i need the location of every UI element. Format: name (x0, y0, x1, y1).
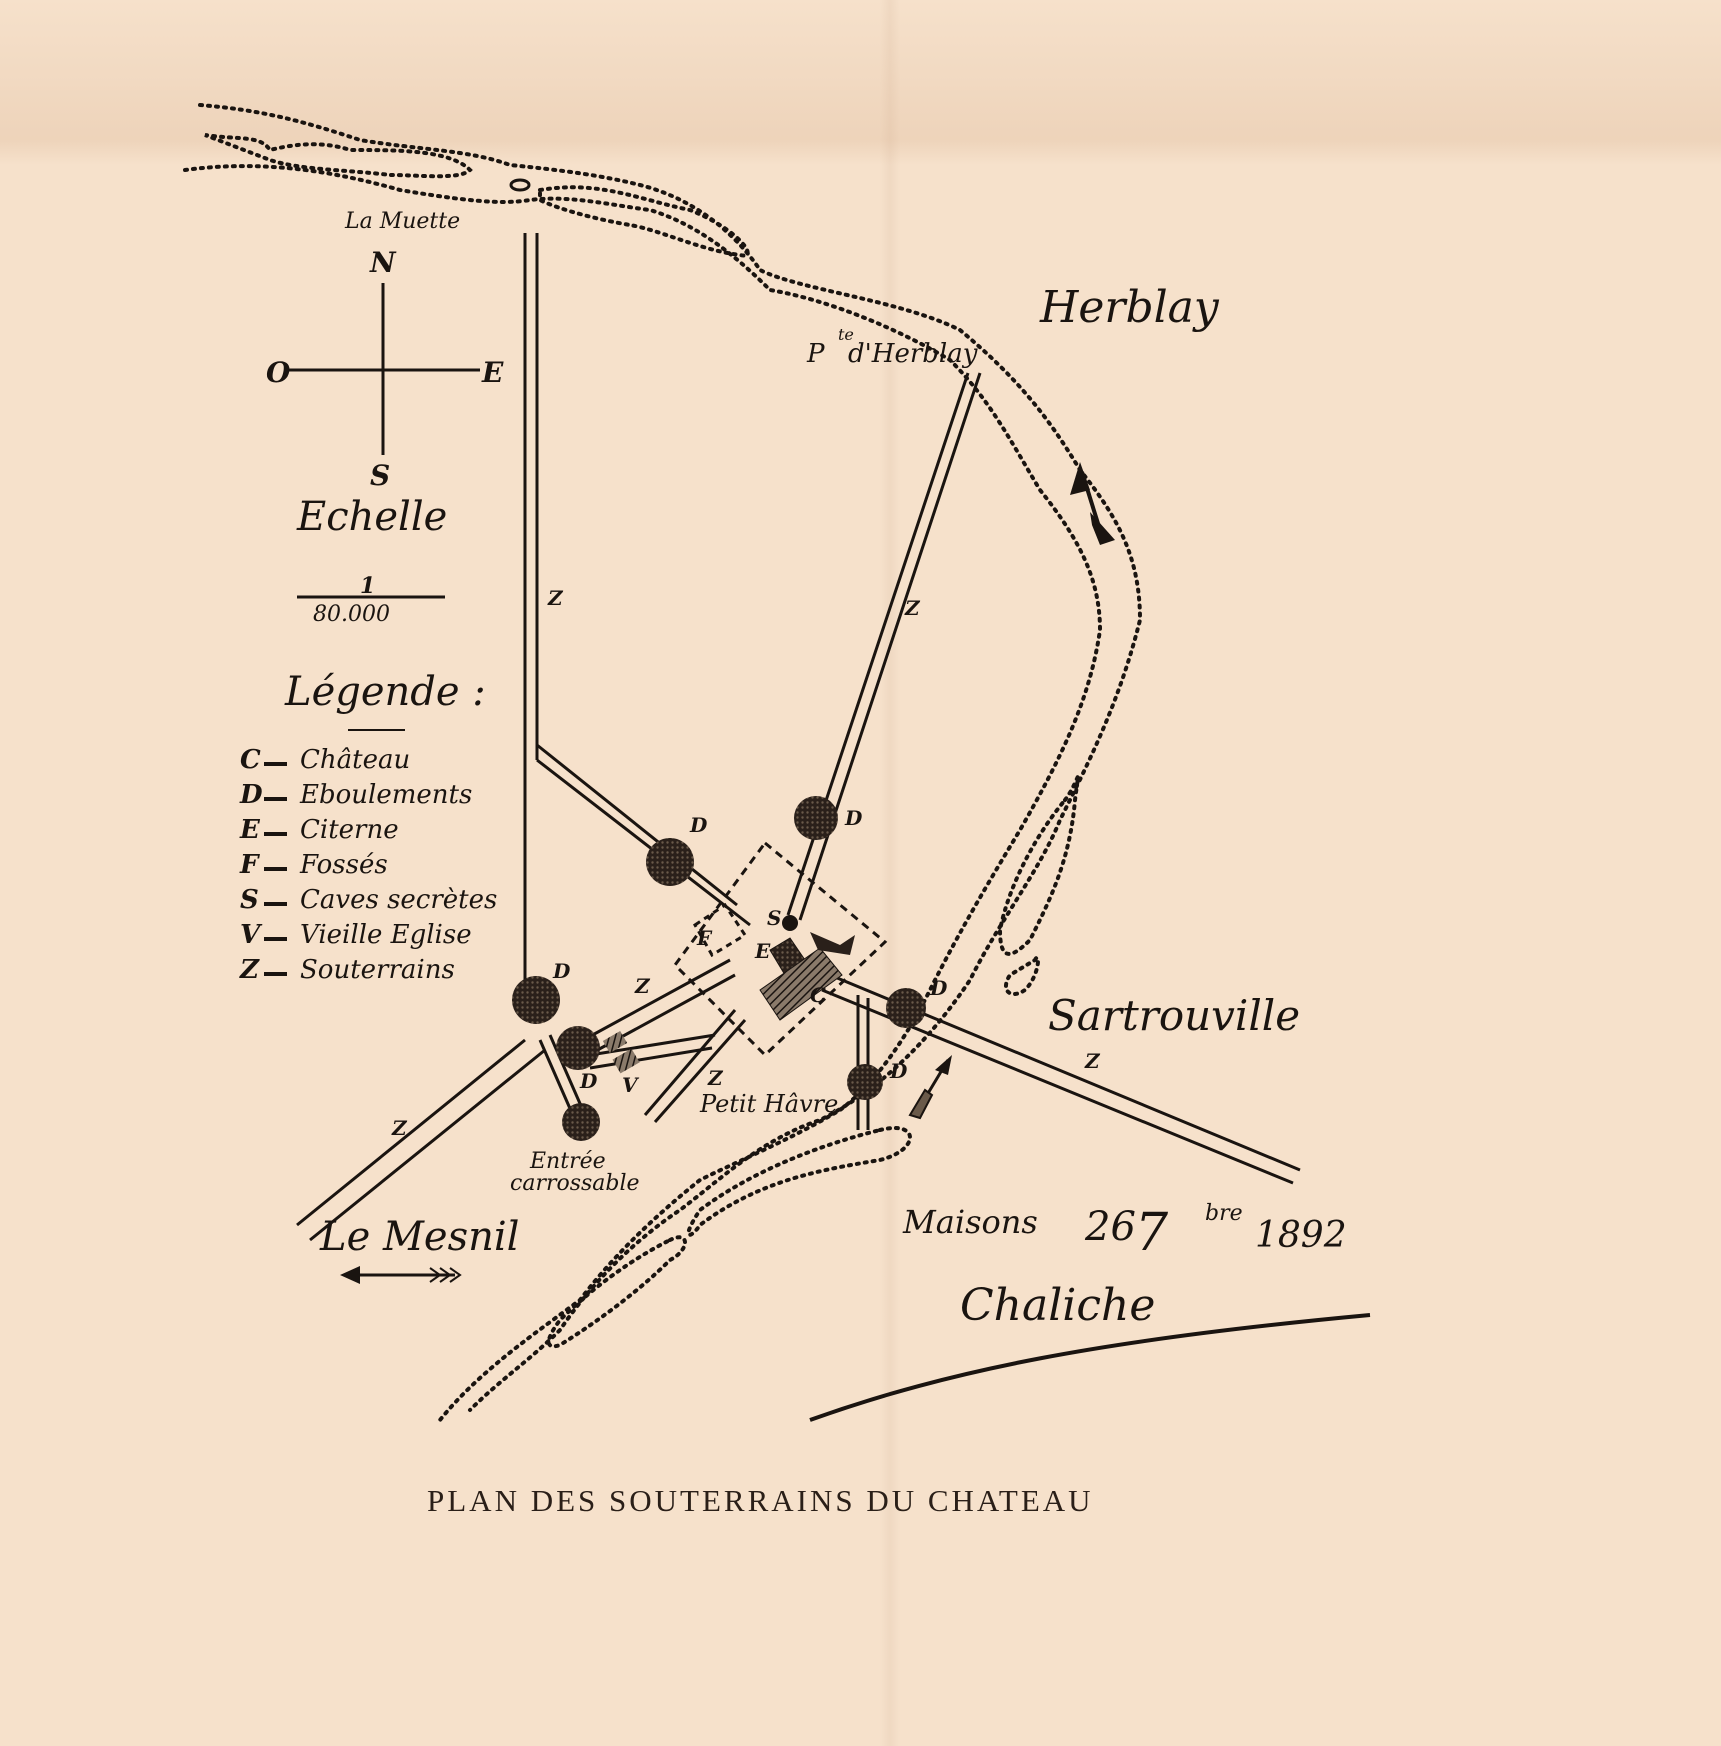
marker-s: S (767, 906, 781, 930)
legend: Légende : C Château D Eboulements E Cite… (239, 669, 497, 985)
legend-item-caves-secretes: Caves secrètes (300, 885, 497, 915)
signature-month: 7 (1135, 1203, 1169, 1263)
place-pte-herblay-prefix: P (806, 339, 825, 369)
compass-west: O (266, 356, 291, 389)
place-sartrouville: Sartrouville (1048, 991, 1300, 1040)
signature-name: Chaliche (960, 1280, 1155, 1331)
scale-block: Echelle 1 80.000 (296, 494, 447, 627)
marker-d: D (689, 813, 708, 837)
map-markers: D D D D D D Z Z Z Z Z Z E F S C V (391, 586, 1101, 1140)
marker-e: E (754, 939, 771, 963)
eboulement-marker (886, 988, 926, 1028)
legend-item-chateau: Château (300, 745, 410, 775)
compass-south: S (370, 459, 390, 492)
marker-z: Z (904, 596, 921, 620)
legend-item-eboulements: Eboulements (299, 780, 472, 810)
svg-text:S: S (240, 885, 259, 915)
signature-day: 26 (1084, 1204, 1136, 1250)
eboulement-marker (646, 838, 694, 886)
river-arrow-lower-icon (910, 1055, 952, 1118)
signature-place: Maisons (902, 1203, 1038, 1241)
svg-text:E: E (239, 815, 261, 845)
svg-text:C: C (240, 745, 261, 775)
compass-north: N (369, 246, 397, 279)
eboulement-marker (794, 796, 838, 840)
marker-z: Z (707, 1066, 724, 1090)
river-arrow-upper-icon (1070, 462, 1115, 545)
legend-item-citerne: Citerne (300, 815, 399, 845)
marker-c: C (810, 983, 826, 1007)
eboulement-marker (512, 976, 560, 1024)
islet (511, 180, 529, 190)
marker-v: V (622, 1073, 640, 1097)
compass-east: E (481, 356, 504, 389)
scale-numerator: 1 (360, 573, 375, 599)
marker-z: Z (391, 1116, 408, 1140)
marker-d: D (552, 959, 571, 983)
place-entree-line2: carrossable (510, 1171, 640, 1196)
svg-text:V: V (240, 920, 263, 950)
place-labels: La Muette Herblay P te d'Herblay Sartrou… (319, 209, 1300, 1260)
marker-d: D (929, 976, 948, 1000)
marker-d: D (844, 806, 863, 830)
scale-denominator: 80.000 (313, 602, 390, 627)
marker-z: Z (547, 586, 564, 610)
legend-item-souterrains: Souterrains (300, 955, 455, 985)
place-la-muette: La Muette (344, 209, 460, 234)
marker-d: D (889, 1059, 908, 1083)
signature-block: Maisons 26 7 bre 1892 Chaliche (810, 1201, 1370, 1420)
signature-month-sup: bre (1205, 1201, 1243, 1226)
marker-z: Z (634, 974, 651, 998)
compass-rose: N S E O (266, 246, 504, 492)
tunnels (297, 233, 1300, 1240)
marker-f: F (696, 926, 713, 950)
svg-text:F: F (239, 850, 260, 880)
eboulement-marker (847, 1064, 883, 1100)
scale-label: Echelle (296, 494, 447, 540)
svg-text:D: D (239, 780, 263, 810)
place-herblay: Herblay (1039, 282, 1220, 333)
place-petit-havre: Petit Hâvre (699, 1090, 838, 1118)
legend-item-vieille-eglise: Vieille Eglise (300, 920, 472, 950)
place-pte-herblay: d'Herblay (848, 339, 978, 369)
legend-title: Légende : (284, 669, 486, 715)
place-le-mesnil: Le Mesnil (319, 1214, 519, 1260)
map-title: PLAN DES SOUTERRAINS DU CHATEAU (427, 1483, 1187, 1519)
eboulement-marker (556, 1026, 600, 1070)
legend-item-fosses: Fossés (299, 850, 388, 880)
signature-year: 1892 (1255, 1215, 1347, 1256)
marker-d: D (579, 1069, 598, 1093)
eboulement-marker (562, 1103, 600, 1141)
svg-text:Z: Z (239, 955, 260, 985)
le-mesnil-arrow-icon (340, 1266, 460, 1284)
marker-z: Z (1084, 1049, 1101, 1073)
